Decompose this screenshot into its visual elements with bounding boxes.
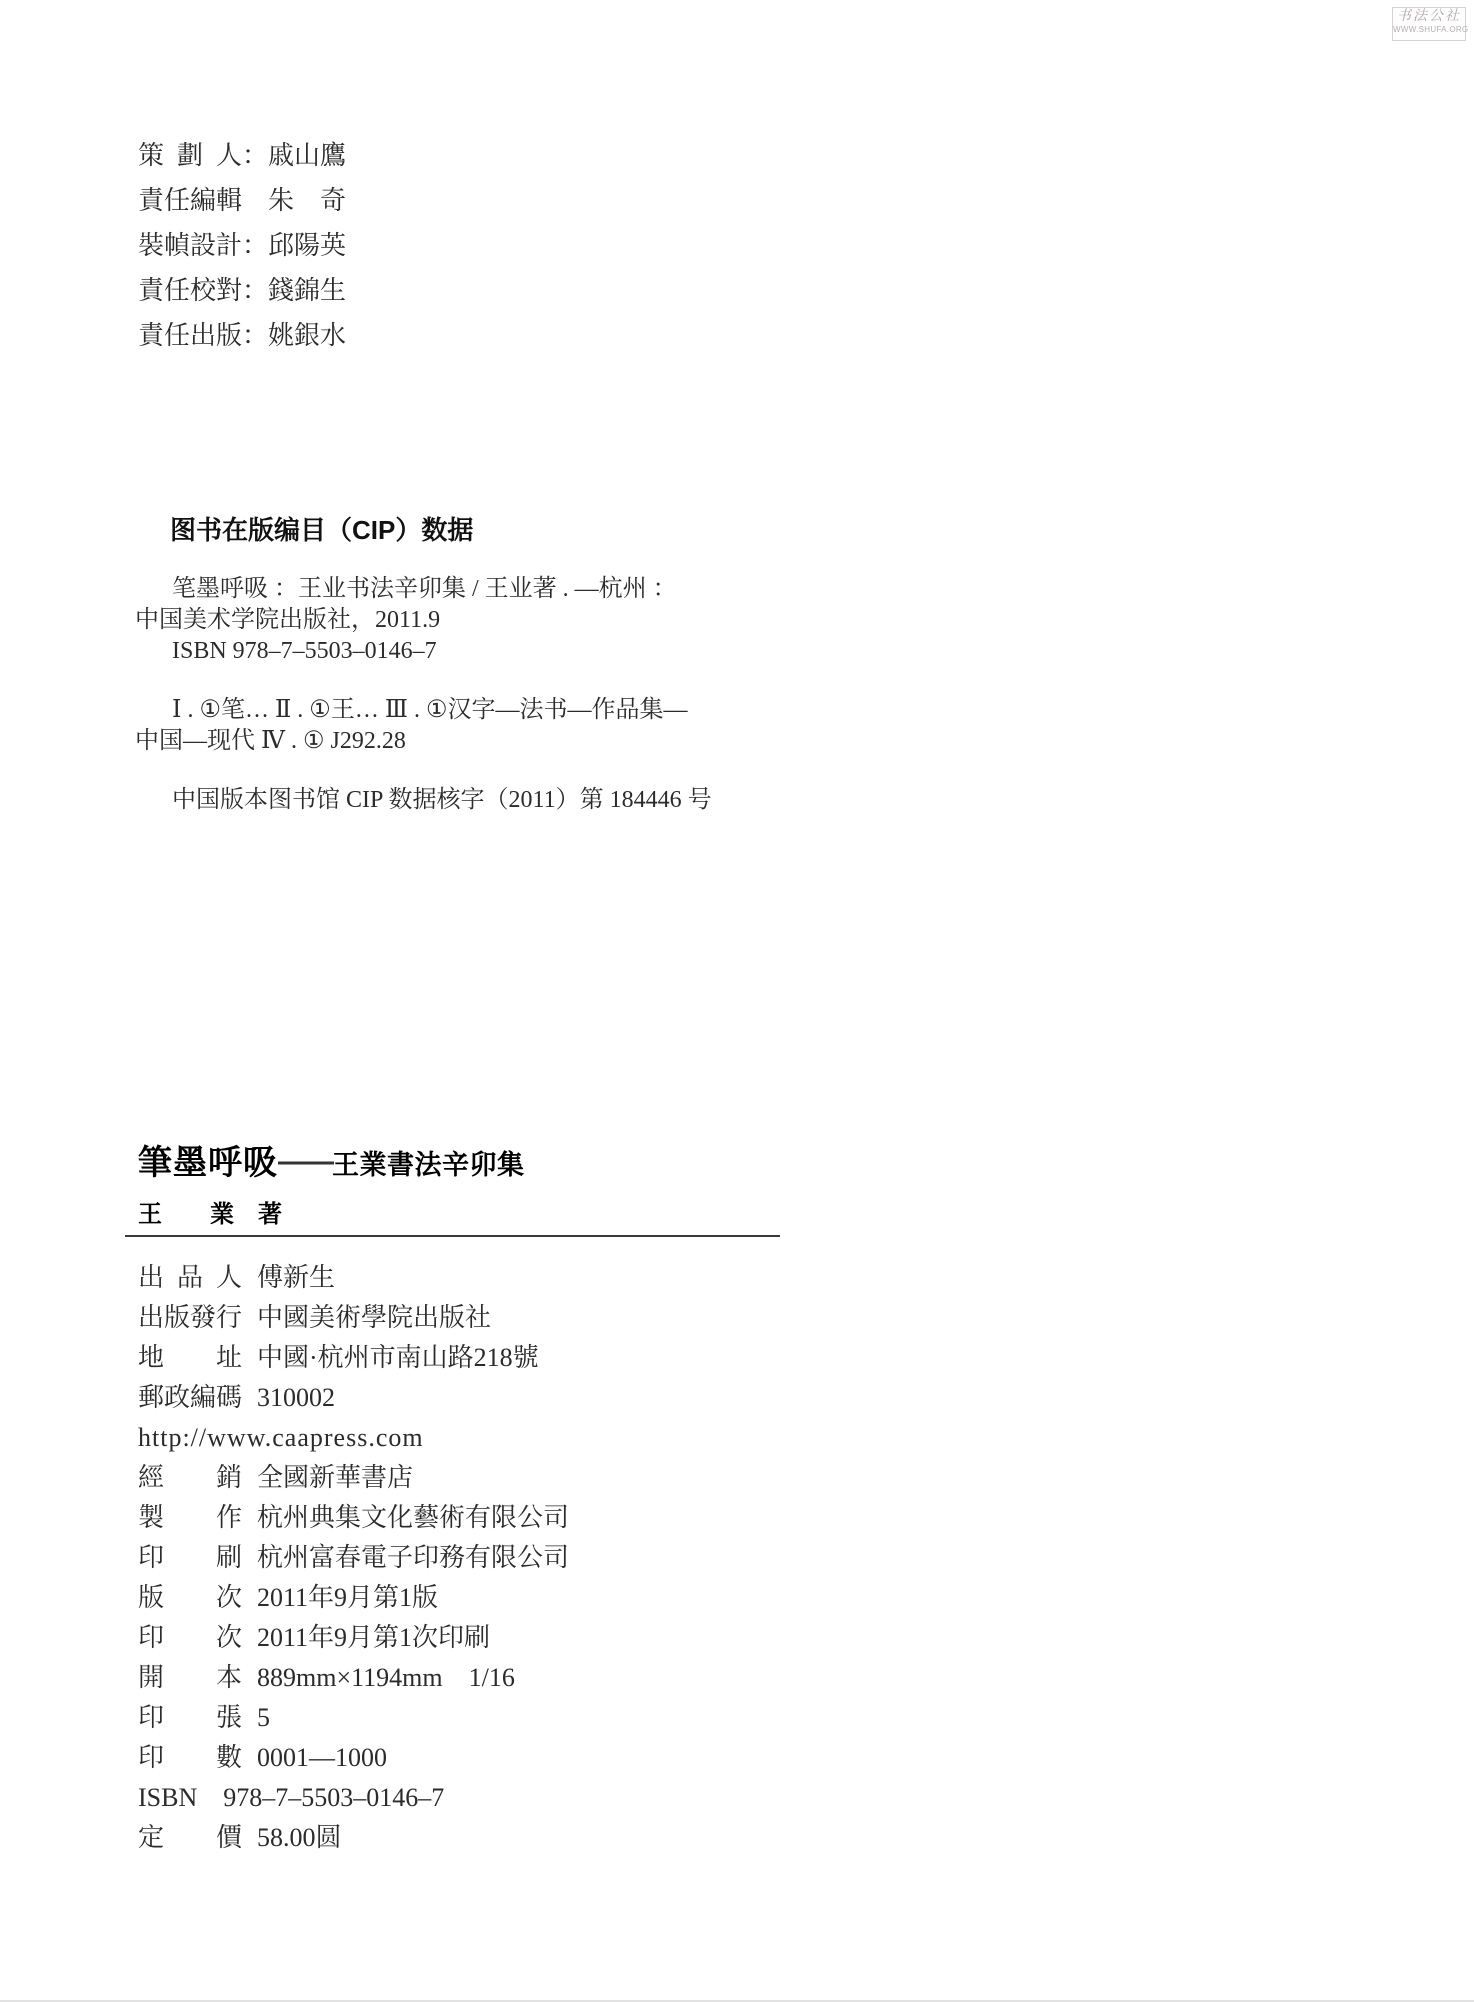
credit-line: 責任出版：姚銀水 xyxy=(138,313,346,358)
colophon-row-label: 郵政編碼 xyxy=(138,1378,242,1418)
shufa-site-url: WWW.SHUFA.ORG xyxy=(1393,25,1465,35)
cip-heading: 图书在版编目（CIP）数据 xyxy=(170,514,712,546)
colophon-row-label: 印數 xyxy=(138,1738,242,1778)
cip-text-line: Ⅰ . ①笔… Ⅱ . ①王… Ⅲ . ①汉字—法书—作品集— xyxy=(135,695,712,726)
credit-role-label: 責任編輯 xyxy=(138,178,242,223)
colophon-row-value: 全國新華書店 xyxy=(257,1463,413,1492)
credit-role-label: 責任出版 xyxy=(138,313,242,358)
credits-block: 策劃人：戚山鷹 責任編輯 朱 奇 裝幀設計：邱陽英 責任校對：錢錦生 責任出版：… xyxy=(138,133,346,358)
colophon-row-value: 中國·杭州市南山路218號 xyxy=(257,1343,539,1372)
colophon-row: 印張5 xyxy=(138,1698,569,1738)
colophon-row: 出品人傅新生 xyxy=(138,1258,569,1298)
colophon-row: ISBN978–7–5503–0146–7 xyxy=(138,1778,569,1818)
credit-separator: ： xyxy=(242,321,268,350)
colophon-row: 出版發行中國美術學院出版社 xyxy=(138,1298,569,1338)
colophon-row: 印數0001—1000 xyxy=(138,1738,569,1778)
colophon-row-label: 出版發行 xyxy=(138,1298,242,1338)
credit-person-name: 錢錦生 xyxy=(268,276,346,305)
colophon-row-value: 杭州富春電子印務有限公司 xyxy=(257,1543,569,1572)
colophon-table: 出品人傅新生 出版發行中國美術學院出版社 地址中國·杭州市南山路218號 郵政編… xyxy=(138,1258,569,1858)
colophon-row-value: 978–7–5503–0146–7 xyxy=(223,1783,444,1812)
colophon-row-label: 地址 xyxy=(138,1338,242,1378)
book-title-subtitle: 王業書法辛卯集 xyxy=(332,1150,525,1180)
colophon-row-value: 中國美術學院出版社 xyxy=(257,1303,491,1332)
colophon-row-value: 58.00圆 xyxy=(257,1823,342,1852)
book-title-main: 筆墨呼吸 xyxy=(138,1144,278,1182)
colophon-row-value: 2011年9月第1次印刷 xyxy=(257,1623,490,1652)
credit-separator xyxy=(242,186,268,215)
colophon-row-value: 310002 xyxy=(257,1383,335,1412)
colophon-row-label: 版次 xyxy=(138,1578,242,1618)
colophon-row-value: 889mm×1194mm 1/16 xyxy=(257,1663,515,1692)
colophon-row-label: ISBN xyxy=(138,1778,197,1818)
colophon-row: 經銷全國新華書店 xyxy=(138,1458,569,1498)
cip-text-line: 笔墨呼吸 ：王业书法辛卯集 / 王业著 . —杭州 ： xyxy=(135,574,712,605)
credit-person-name: 戚山鷹 xyxy=(268,141,346,170)
colophon-row-label: 出品人 xyxy=(138,1258,242,1298)
colophon-row: 印刷杭州富春電子印務有限公司 xyxy=(138,1538,569,1578)
cip-block: 图书在版编目（CIP）数据 笔墨呼吸 ：王业书法辛卯集 / 王业著 . —杭州 … xyxy=(135,514,712,816)
colophon-row: 地址中國·杭州市南山路218號 xyxy=(138,1338,569,1378)
colophon-row-value: 傅新生 xyxy=(257,1263,335,1292)
colophon-row: 開本889mm×1194mm 1/16 xyxy=(138,1658,569,1698)
credit-line: 責任編輯 朱 奇 xyxy=(138,178,346,223)
colophon-row-label: 製作 xyxy=(138,1498,242,1538)
credit-separator: ： xyxy=(242,141,268,170)
colophon-row: 郵政編碼310002 xyxy=(138,1378,569,1418)
shufa-calligraphy-logo: 书法公社 xyxy=(1393,9,1465,25)
colophon-row-label: 經銷 xyxy=(138,1458,242,1498)
colophon-row-label: 印次 xyxy=(138,1618,242,1658)
colophon-row: 印次2011年9月第1次印刷 xyxy=(138,1618,569,1658)
cip-text-line: 中国版本图书馆 CIP 数据核字（2011）第 184446 号 xyxy=(135,785,712,816)
cip-text-line: ISBN 978–7–5503–0146–7 xyxy=(135,636,712,667)
credit-person-name: 邱陽英 xyxy=(268,231,346,260)
colophon-row-value: http://www.caapress.com xyxy=(138,1423,424,1452)
title-block: 筆墨呼吸——王業書法辛卯集 王 業 著 xyxy=(138,1140,525,1230)
credit-person-name: 朱 奇 xyxy=(268,186,346,215)
book-title: 筆墨呼吸——王業書法辛卯集 xyxy=(138,1140,525,1192)
colophon-row-value: 5 xyxy=(257,1703,270,1732)
book-colophon-page: 书法公社 WWW.SHUFA.ORG 策劃人：戚山鷹 責任編輯 朱 奇 裝幀設計… xyxy=(0,0,1474,2002)
colophon-row-value: 杭州典集文化藝術有限公司 xyxy=(257,1503,569,1532)
colophon-row: 版次2011年9月第1版 xyxy=(138,1578,569,1618)
colophon-row-label: 開本 xyxy=(138,1658,242,1698)
cip-lines: 笔墨呼吸 ：王业书法辛卯集 / 王业著 . —杭州 ： 中国美术学院出版社，20… xyxy=(135,574,712,816)
credit-role-label: 策劃人 xyxy=(138,133,242,178)
credit-separator: ： xyxy=(242,276,268,305)
title-dash: —— xyxy=(278,1140,330,1184)
credit-line: 策劃人：戚山鷹 xyxy=(138,133,346,178)
colophon-row: http://www.caapress.com xyxy=(138,1418,569,1458)
colophon-row-label: 定價 xyxy=(138,1818,242,1858)
credit-line: 裝幀設計：邱陽英 xyxy=(138,223,346,268)
credit-person-name: 姚銀水 xyxy=(268,321,346,350)
credit-line: 責任校對：錢錦生 xyxy=(138,268,346,313)
author-line: 王 業 著 xyxy=(138,1200,525,1230)
colophon-row-value: 2011年9月第1版 xyxy=(257,1583,438,1612)
credit-role-label: 責任校對 xyxy=(138,268,242,313)
colophon-row-label: 印張 xyxy=(138,1698,242,1738)
credit-role-label: 裝幀設計 xyxy=(138,223,242,268)
colophon-row: 製作杭州典集文化藝術有限公司 xyxy=(138,1498,569,1538)
colophon-row: 定價58.00圆 xyxy=(138,1818,569,1858)
shufa-watermark-stamp: 书法公社 WWW.SHUFA.ORG xyxy=(1392,7,1466,41)
cip-text-line: 中国—现代 Ⅳ . ① J292.28 xyxy=(135,726,712,757)
colophon-row-label: 印刷 xyxy=(138,1538,242,1578)
title-divider-rule xyxy=(125,1235,780,1237)
cip-text-line: 中国美术学院出版社，2011.9 xyxy=(135,605,712,636)
credit-separator: ： xyxy=(242,231,268,260)
colophon-row-value: 0001—1000 xyxy=(257,1743,387,1772)
